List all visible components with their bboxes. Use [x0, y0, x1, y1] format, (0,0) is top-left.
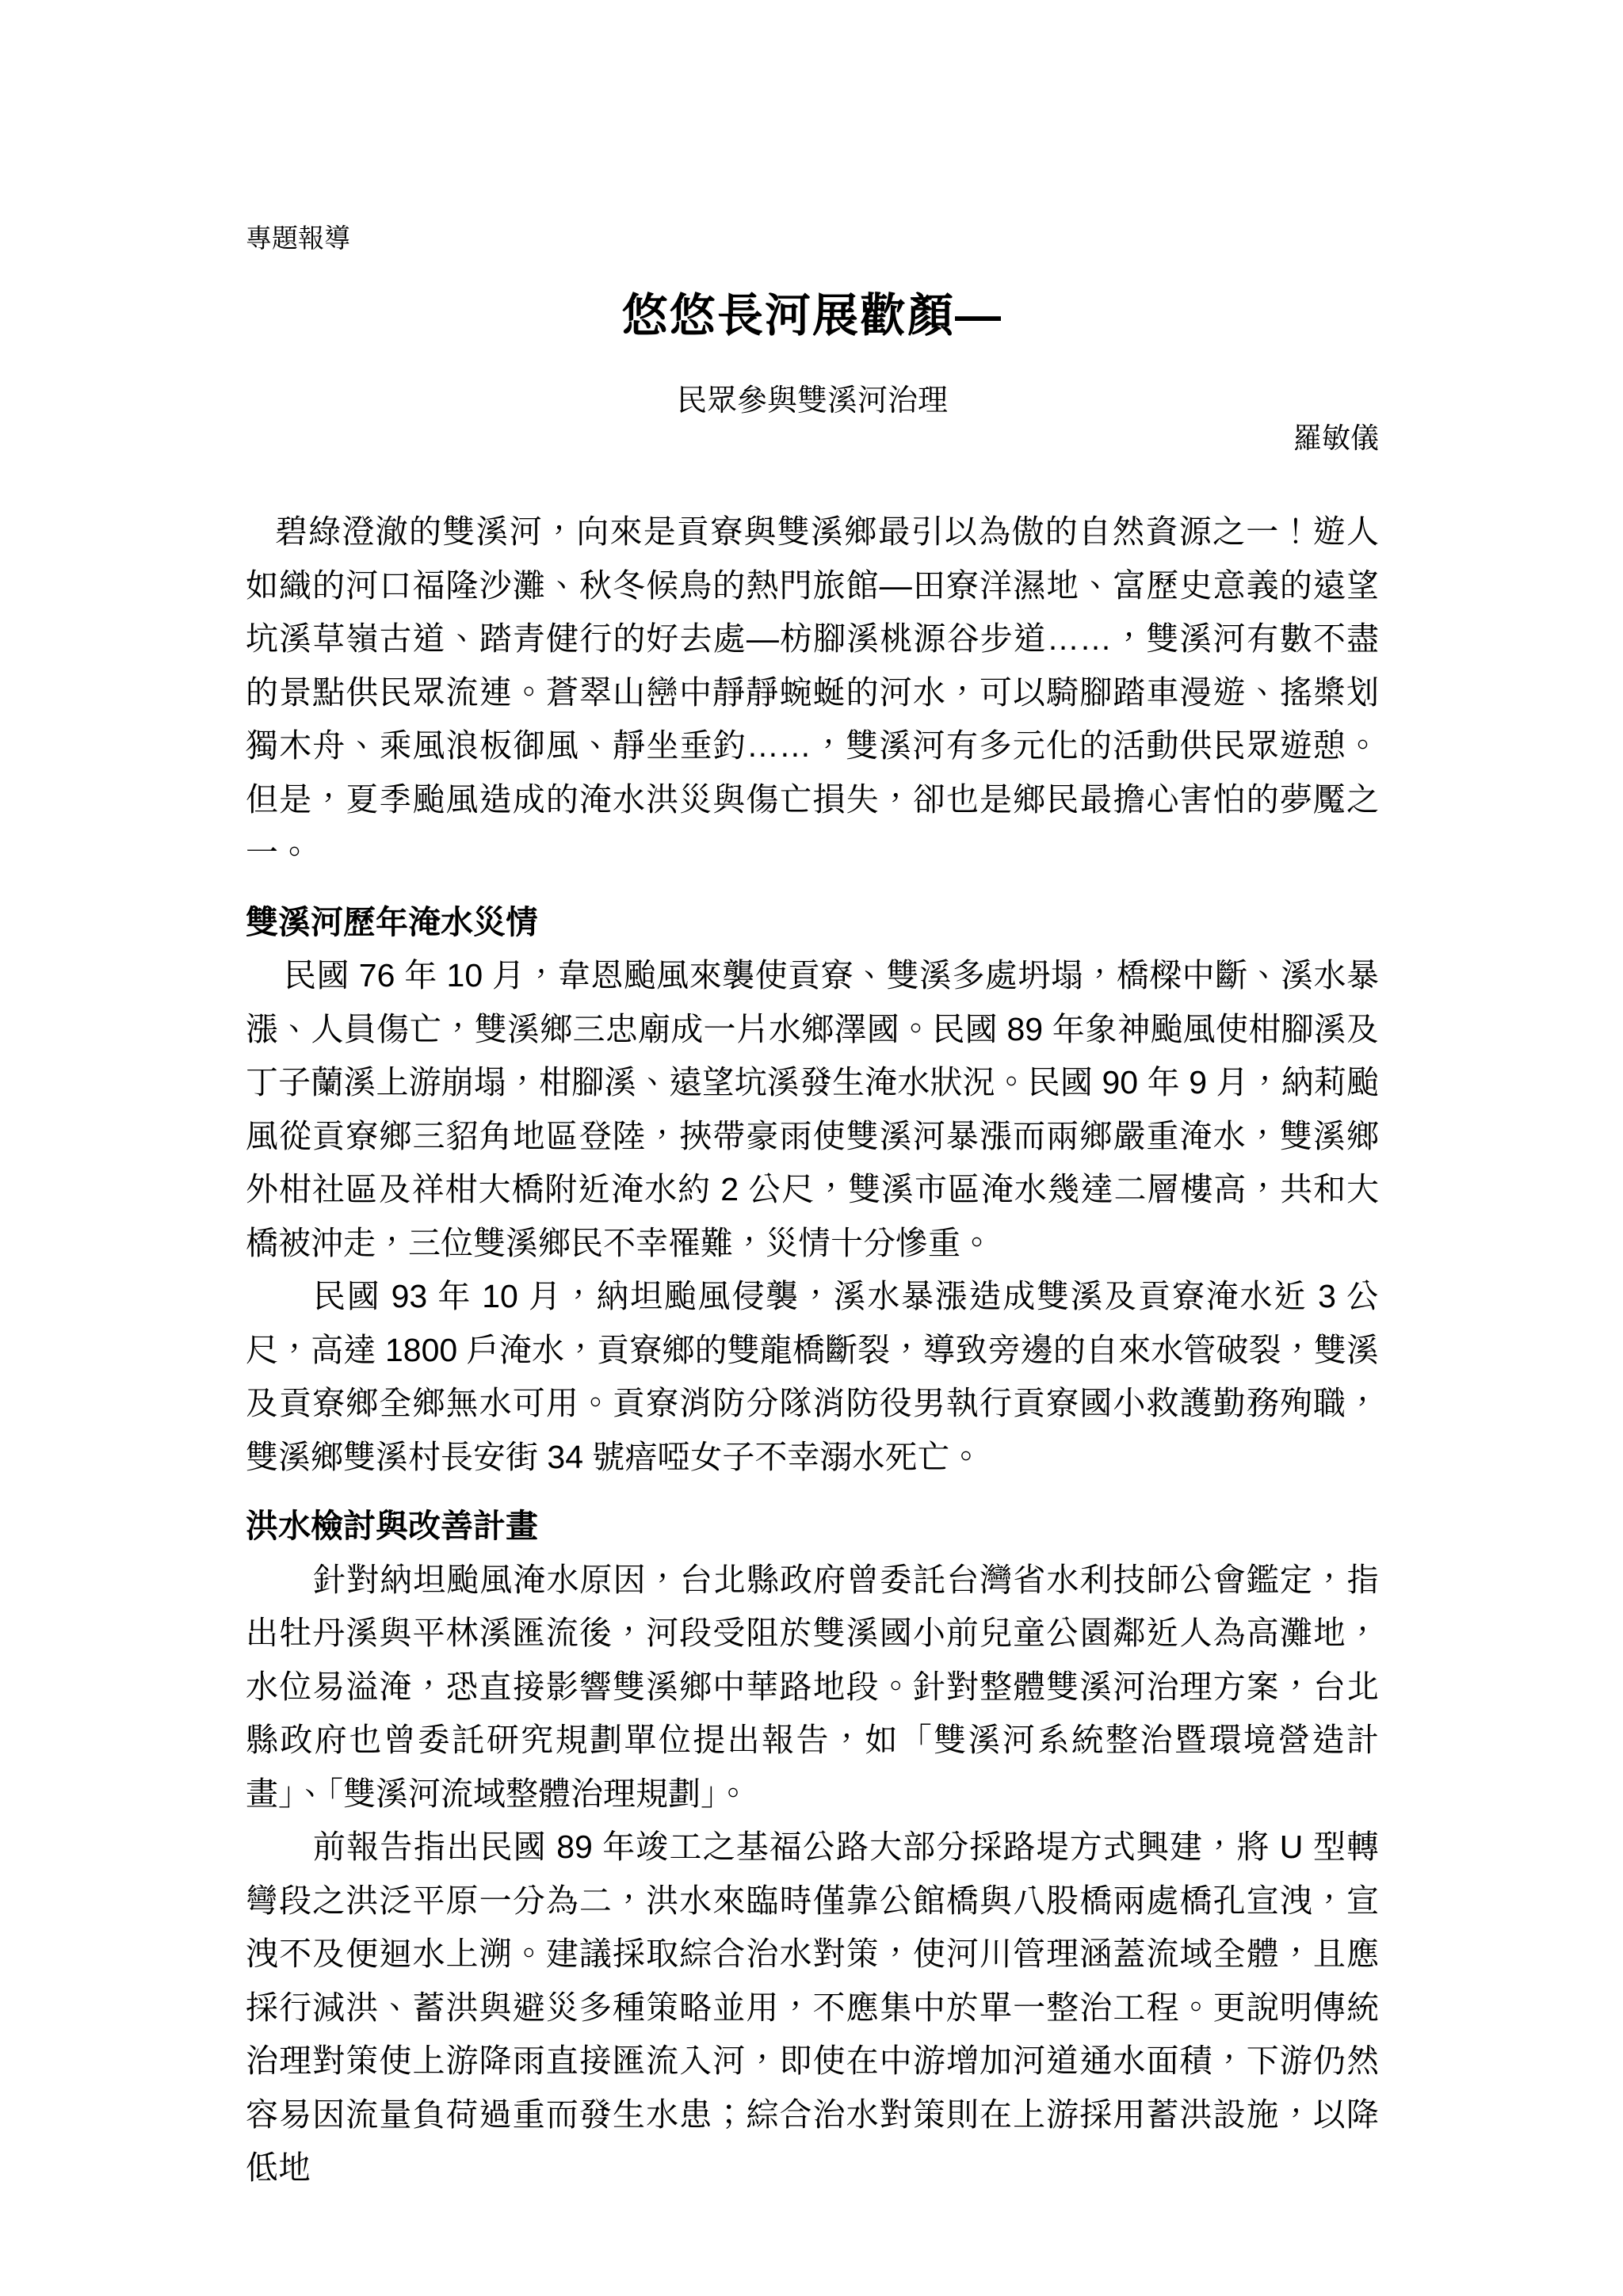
article-body: 碧綠澄澈的雙溪河，向來是貢寮與雙溪鄉最引以為傲的自然資源之一！遊人如織的河口福隆… [246, 505, 1379, 2195]
paragraph: 前報告指出民國 89 年竣工之基福公路大部分採路堤方式興建，將 U 型轉彎段之洪… [246, 1821, 1379, 2195]
section-heading-flood-history: 雙溪河歷年淹水災情 [246, 896, 1379, 950]
page-content: 專題報導 悠悠長河展歡顏— 民眾參與雙溪河治理 羅敏儀 碧綠澄澈的雙溪河，向來是… [246, 225, 1379, 2195]
author-byline: 羅敏儀 [246, 424, 1379, 452]
intro-paragraph: 碧綠澄澈的雙溪河，向來是貢寮與雙溪鄉最引以為傲的自然資源之一！遊人如織的河口福隆… [246, 505, 1379, 880]
section-heading-improvement-plan: 洪水檢討與改善計畫 [246, 1500, 1379, 1554]
kicker-label: 專題報導 [246, 225, 1379, 251]
paragraph: 民國 93 年 10 月，納坦颱風侵襲，溪水暴漲造成雙溪及貢寮淹水近 3 公尺，… [246, 1270, 1379, 1484]
page-title: 悠悠長河展歡顏— [246, 292, 1379, 341]
page-subtitle: 民眾參與雙溪河治理 [246, 385, 1379, 417]
paragraph: 針對納坦颱風淹水原因，台北縣政府曾委託台灣省水利技師公會鑑定，指出牡丹溪與平林溪… [246, 1554, 1379, 1821]
document-page: 專題報導 悠悠長河展歡顏— 民眾參與雙溪河治理 羅敏儀 碧綠澄澈的雙溪河，向來是… [0, 0, 1623, 2296]
paragraph: 民國 76 年 10 月，韋恩颱風來襲使貢寮、雙溪多處坍塌，橋樑中斷、溪水暴漲、… [246, 949, 1379, 1270]
